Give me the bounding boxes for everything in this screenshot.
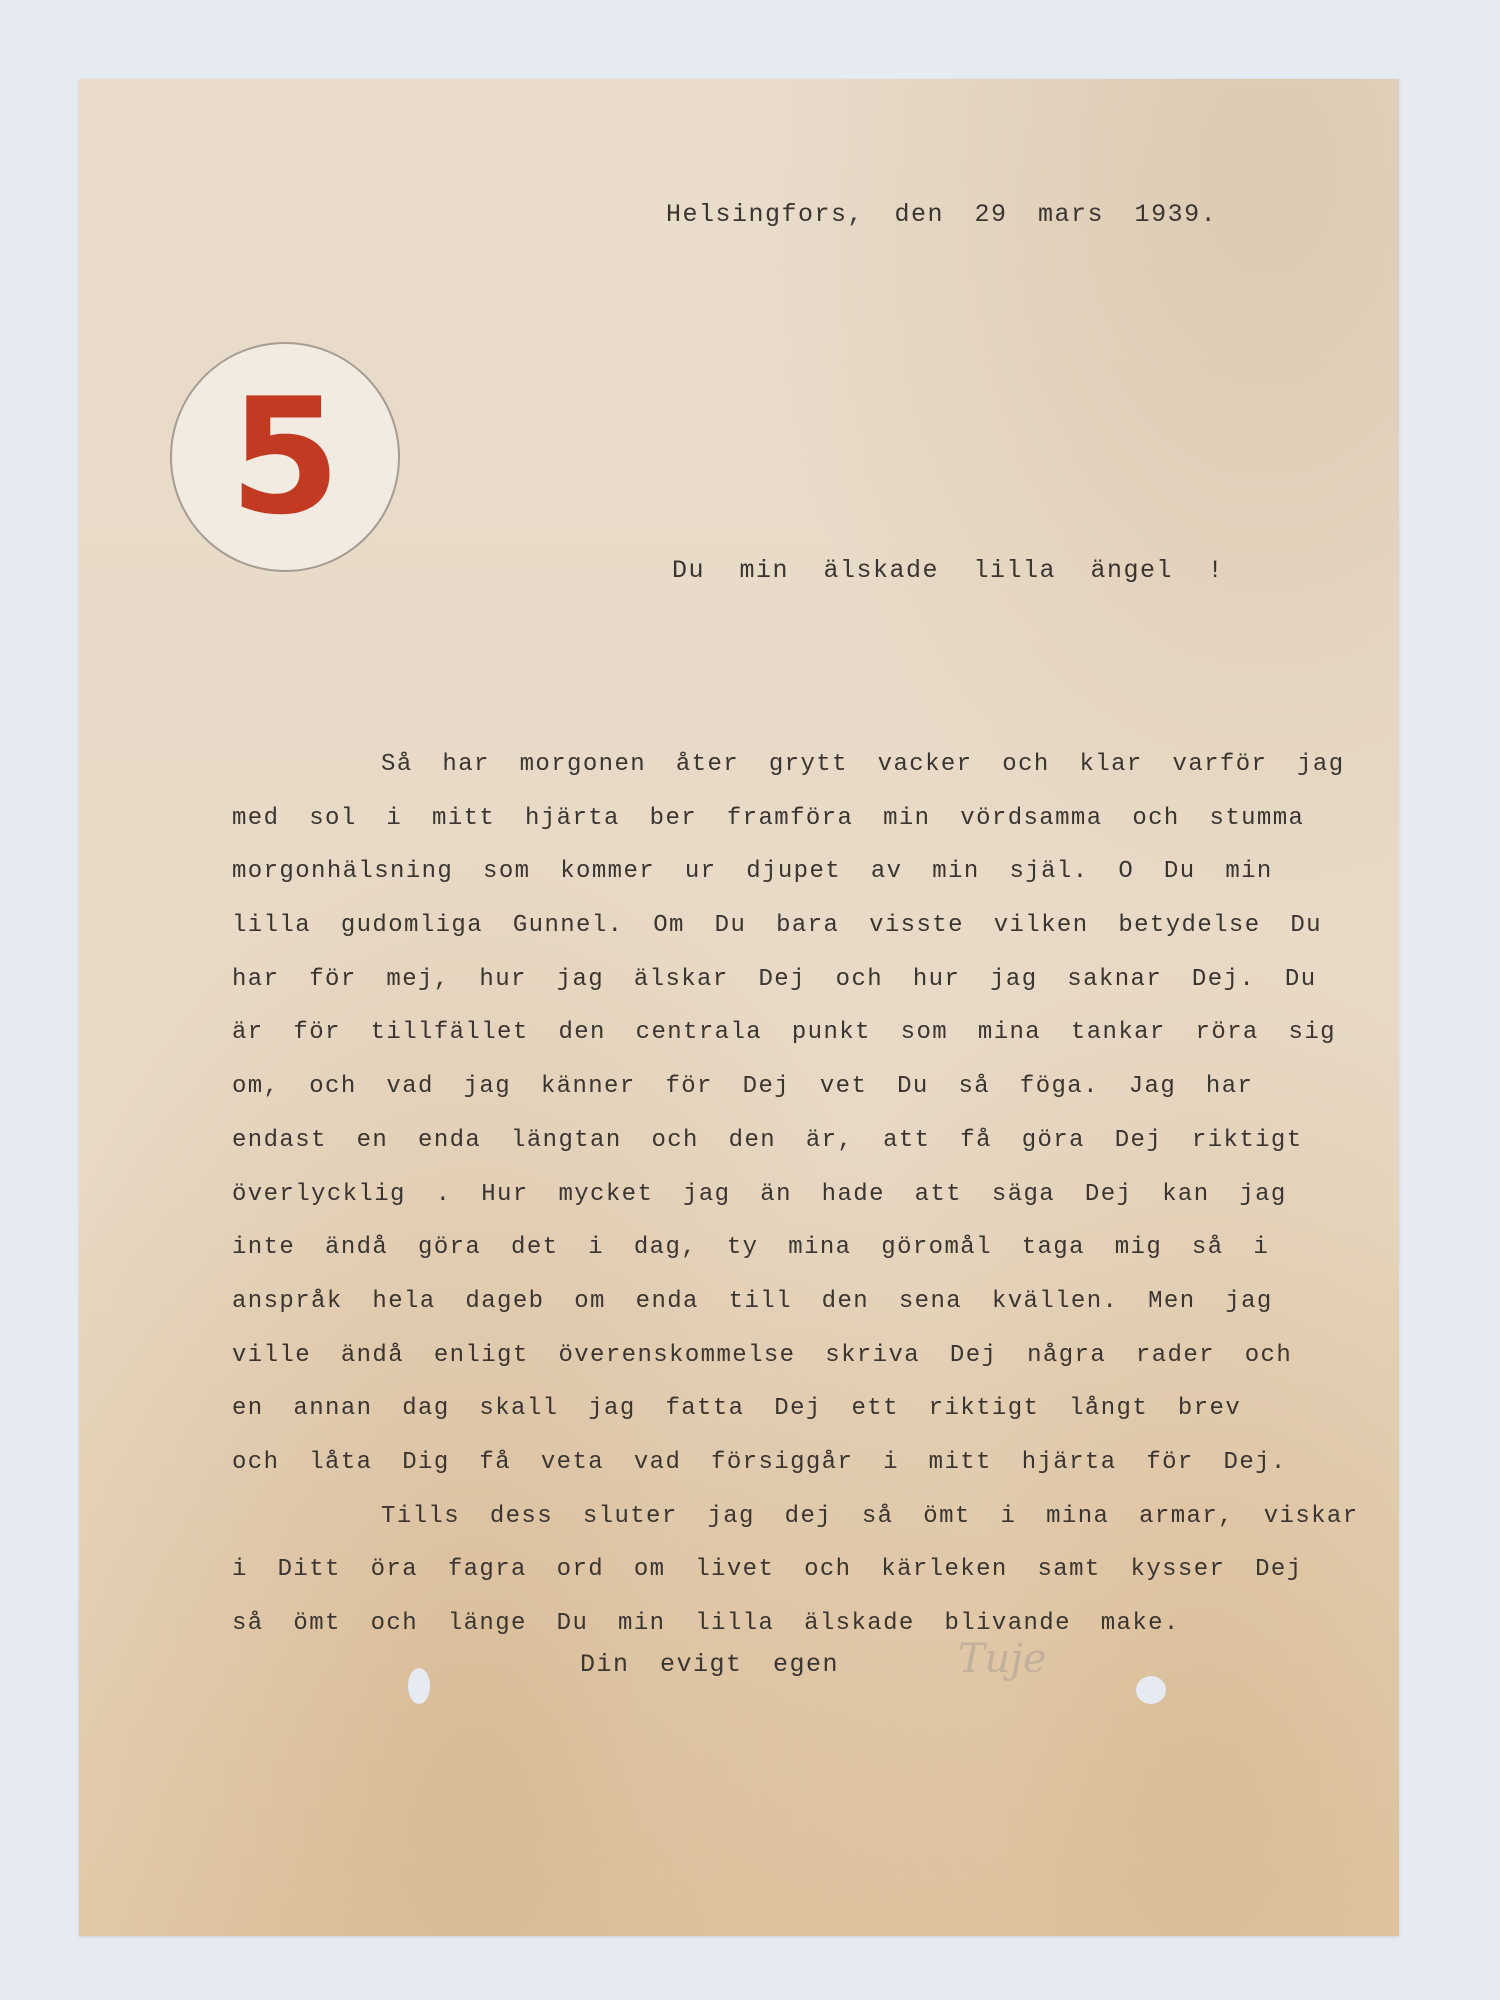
closing: Din evigt egen [580, 1650, 839, 1679]
dateline: Helsingfors, den 29 mars 1939. [666, 200, 1217, 229]
body-line: så ömt och länge Du min lilla älskade bl… [232, 1597, 1359, 1651]
body-line: en annan dag skall jag fatta Dej ett rik… [232, 1382, 1359, 1436]
body-line: lilla gudomliga Gunnel. Om Du bara visst… [232, 899, 1359, 953]
body-line: ville ändå enligt överenskommelse skriva… [232, 1329, 1359, 1383]
body-line: morgonhälsning som kommer ur djupet av m… [232, 845, 1359, 899]
body-line: överlycklig . Hur mycket jag än hade att… [232, 1168, 1359, 1222]
body-line: är för tillfället den centrala punkt som… [232, 1006, 1359, 1060]
body-line: och låta Dig få veta vad försiggår i mit… [232, 1436, 1359, 1490]
body-line: i Ditt öra fagra ord om livet och kärlek… [232, 1543, 1359, 1597]
handwritten-signature: Tuje [958, 1636, 1047, 1682]
body-line: Så har morgonen åter grytt vacker och kl… [232, 738, 1359, 792]
body-line: endast en enda längtan och den är, att f… [232, 1114, 1359, 1168]
body-line: inte ändå göra det i dag, ty mina göromå… [232, 1221, 1359, 1275]
body-line: om, och vad jag känner för Dej vet Du så… [232, 1060, 1359, 1114]
page-number-badge: 5 [170, 342, 400, 572]
paper-hole [408, 1668, 430, 1704]
letter-body: Så har morgonen åter grytt vacker och kl… [232, 738, 1359, 1651]
body-line: Tills dess sluter jag dej så ömt i mina … [232, 1490, 1359, 1544]
body-line: har för mej, hur jag älskar Dej och hur … [232, 953, 1359, 1007]
body-line: med sol i mitt hjärta ber framföra min v… [232, 792, 1359, 846]
paper-hole [1136, 1676, 1166, 1704]
page-number: 5 [229, 377, 340, 537]
body-line: anspråk hela dageb om enda till den sena… [232, 1275, 1359, 1329]
salutation: Du min älskade lilla ängel ! [672, 556, 1224, 585]
